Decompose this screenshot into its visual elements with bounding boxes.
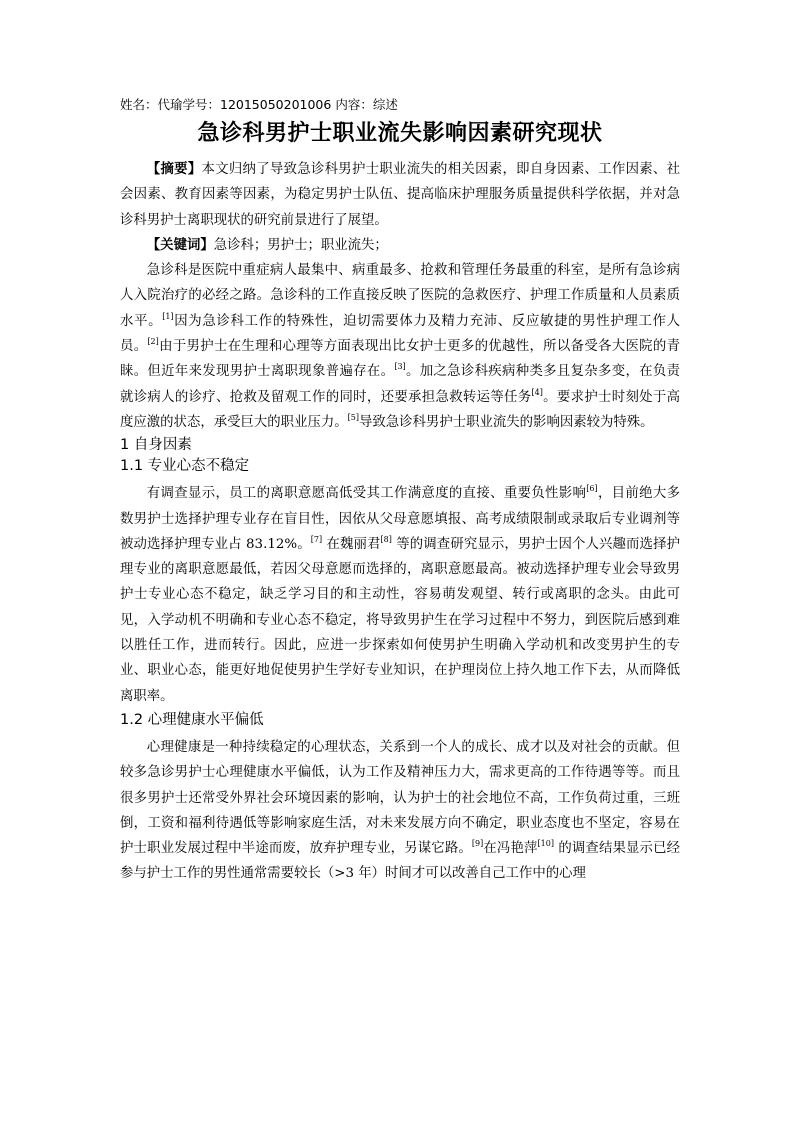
- body-text: 导致急诊科男护士职业流失的影响因素较为特殊。: [359, 415, 654, 430]
- body-text: 在魏丽君: [322, 537, 380, 552]
- document-body: 姓名：代瑜学号：12015050201006 内容：综述 急诊科男护士职业流失影…: [120, 95, 680, 887]
- author-meta-line: 姓名：代瑜学号：12015050201006 内容：综述: [120, 95, 680, 115]
- citation-ref: [8]: [381, 535, 392, 544]
- citation-ref: [2]: [147, 337, 158, 346]
- keywords-paragraph: 【关键词】急诊科；男护士；职业流失；: [120, 233, 680, 258]
- keywords-label: 【关键词】: [147, 238, 214, 253]
- subsection-heading-1-1: 1.1 专业心态不稳定: [120, 455, 680, 477]
- body-text: 有调查显示，员工的离职意愿高低受其工作满意度的直接、重要负性影响: [147, 486, 586, 501]
- citation-ref: [4]: [532, 388, 543, 397]
- subsection-1-2-paragraph: 心理健康是一种持续稳定的心理状态，关系到一个人的成长、成才以及对社会的贡献。但较…: [120, 735, 680, 887]
- citation-ref: [6]: [586, 484, 597, 493]
- body-text: 在冯艳萍: [483, 841, 537, 856]
- citation-ref: [7]: [311, 535, 322, 544]
- abstract-paragraph: 【摘要】本文归纳了导致急诊科男护士职业流失的相关因素，即自身因素、工作因素、社会…: [120, 157, 680, 233]
- abstract-text: 本文归纳了导致急诊科男护士职业流失的相关因素，即自身因素、工作因素、社会因素、教…: [120, 162, 680, 228]
- subsection-1-1-paragraph: 有调查显示，员工的离职意愿高低受其工作满意度的直接、重要负性影响[6]，目前绝大…: [120, 481, 680, 709]
- section-heading-1: 1 自身因素: [120, 435, 680, 455]
- citation-ref: [3]: [394, 362, 405, 371]
- body-text: 等的调查研究显示，男护士因个人兴趣而选择护理专业的离职意愿最低，若因父母意愿而选…: [120, 537, 680, 704]
- citation-ref: [9]: [472, 839, 483, 848]
- abstract-label: 【摘要】: [147, 162, 202, 177]
- citation-ref: [10]: [538, 839, 554, 848]
- keywords-text: 急诊科；男护士；职业流失；: [214, 238, 388, 253]
- document-page: 姓名：代瑜学号：12015050201006 内容：综述 急诊科男护士职业流失影…: [0, 0, 793, 1122]
- subsection-heading-1-2: 1.2 心理健康水平偏低: [120, 709, 680, 731]
- body-text: 心理健康是一种持续稳定的心理状态，关系到一个人的成长、成才以及对社会的贡献。但较…: [120, 740, 680, 856]
- citation-ref: [1]: [162, 312, 173, 321]
- intro-paragraph: 急诊科是医院中重症病人最集中、病重最多、抢救和管理任务最重的科室，是所有急诊病人…: [120, 258, 680, 435]
- document-title: 急诊科男护士职业流失影响因素研究现状: [120, 117, 680, 151]
- citation-ref: [5]: [348, 413, 359, 422]
